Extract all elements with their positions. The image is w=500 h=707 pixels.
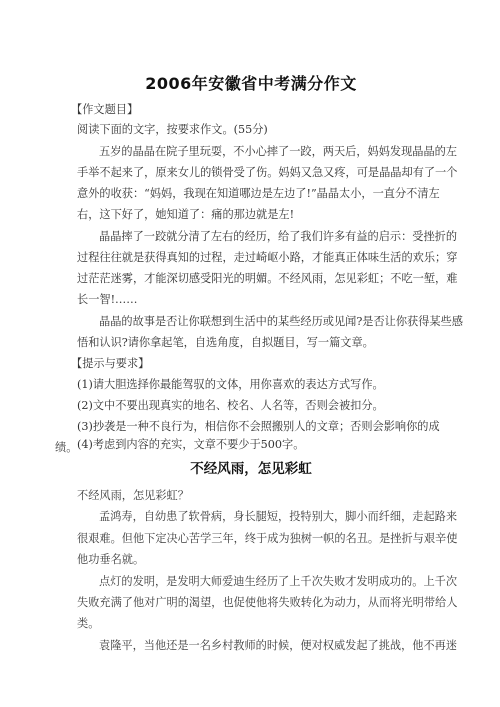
essay-line: 类。 — [77, 616, 99, 632]
prompt-line: 过茫茫迷雾，才能深切感受阳光的明媚。不经风雨，怎见彩虹；不吃一堑，难 — [77, 271, 425, 287]
prompt-line: 意外的收获：“妈妈，我现在知道哪边是左边了!”晶晶太小，一直分不清左 — [77, 186, 425, 202]
prompt-line: 长一智!…… — [77, 292, 137, 308]
document-title: 2006年安徽省中考满分作文 — [77, 74, 425, 94]
essay-line: 不经风雨，怎见彩虹？ — [77, 488, 189, 504]
essay-line: 孟鸿寿，自幼患了软骨病，身长腿短，投特别大，脚小而纤细，走起路来 — [99, 509, 425, 525]
prompt-line: 悟和认识?请你拿起笔，自选角度，自拟题目，写一篇文章。 — [77, 335, 374, 351]
prompt-line: 晶晶的故事是否让你联想到生活中的某些经历或见闻?是否让你获得某些感 — [99, 314, 425, 330]
prompt-line: 手举不起来了，原来女儿的锁骨受了伤。妈妈又急又疼，可是晶晶却有了一个 — [77, 165, 425, 181]
requirement-line: (2)文中不要出现真实的地名、校名、人名等，否则会被扣分。 — [77, 398, 384, 414]
essay-line: 他功垂名就。 — [77, 552, 144, 568]
prompt-line: 阅读下面的文字，按要求作文。(55分) — [77, 122, 268, 138]
essay-line: 失败充满了他对广明的渴望，也促使他将失败转化为动力，从而将光明带给人 — [77, 595, 425, 611]
prompt-line: 右，这下好了，她知道了：痛的那边就是左! — [77, 207, 294, 223]
prompt-line: 五岁的晶晶在院子里玩耍，不小心摔了一跤，两天后，妈妈发现晶晶的左 — [99, 144, 425, 160]
essay-line: 很艰难。但他下定决心苦学三年，终于成为独树一帜的名丑。是挫折与艰辛使 — [77, 531, 425, 547]
requirement-line: 绩。 — [55, 440, 77, 456]
prompt-line: 晶晶摔了一跤就分清了左右的经历，给了我们许多有益的启示：受挫折的 — [99, 229, 425, 245]
requirement-line: (1)请大胆选择你最能驾驭的文体，用你喜欢的表达方式写作。 — [77, 377, 384, 393]
essay-line: 袁隆平，当他还是一名乡村教师的时候，便对权威发起了挑战，他不再迷 — [99, 638, 425, 654]
section-header-requirements: 【提示与要求】 — [71, 356, 149, 372]
essay-line: 点灯的发明，是发明大师爱迪生经历了上千次失败才发明成功的。上千次 — [99, 574, 425, 590]
prompt-line: 过程往往就是获得真知的过程，走过崎岖小路，才能真正体味生活的欢乐；穿 — [77, 250, 425, 266]
requirement-line: (3)抄袭是一种不良行为，相信你不会照搬别人的文章；否则会影响你的成 — [77, 419, 425, 435]
requirement-line: (4)考虑到内容的充实，文章不要少于500字。 — [77, 437, 304, 453]
essay-title: 不经风雨，怎见彩虹 — [77, 460, 425, 478]
section-header-prompt: 【作文题目】 — [71, 102, 138, 118]
